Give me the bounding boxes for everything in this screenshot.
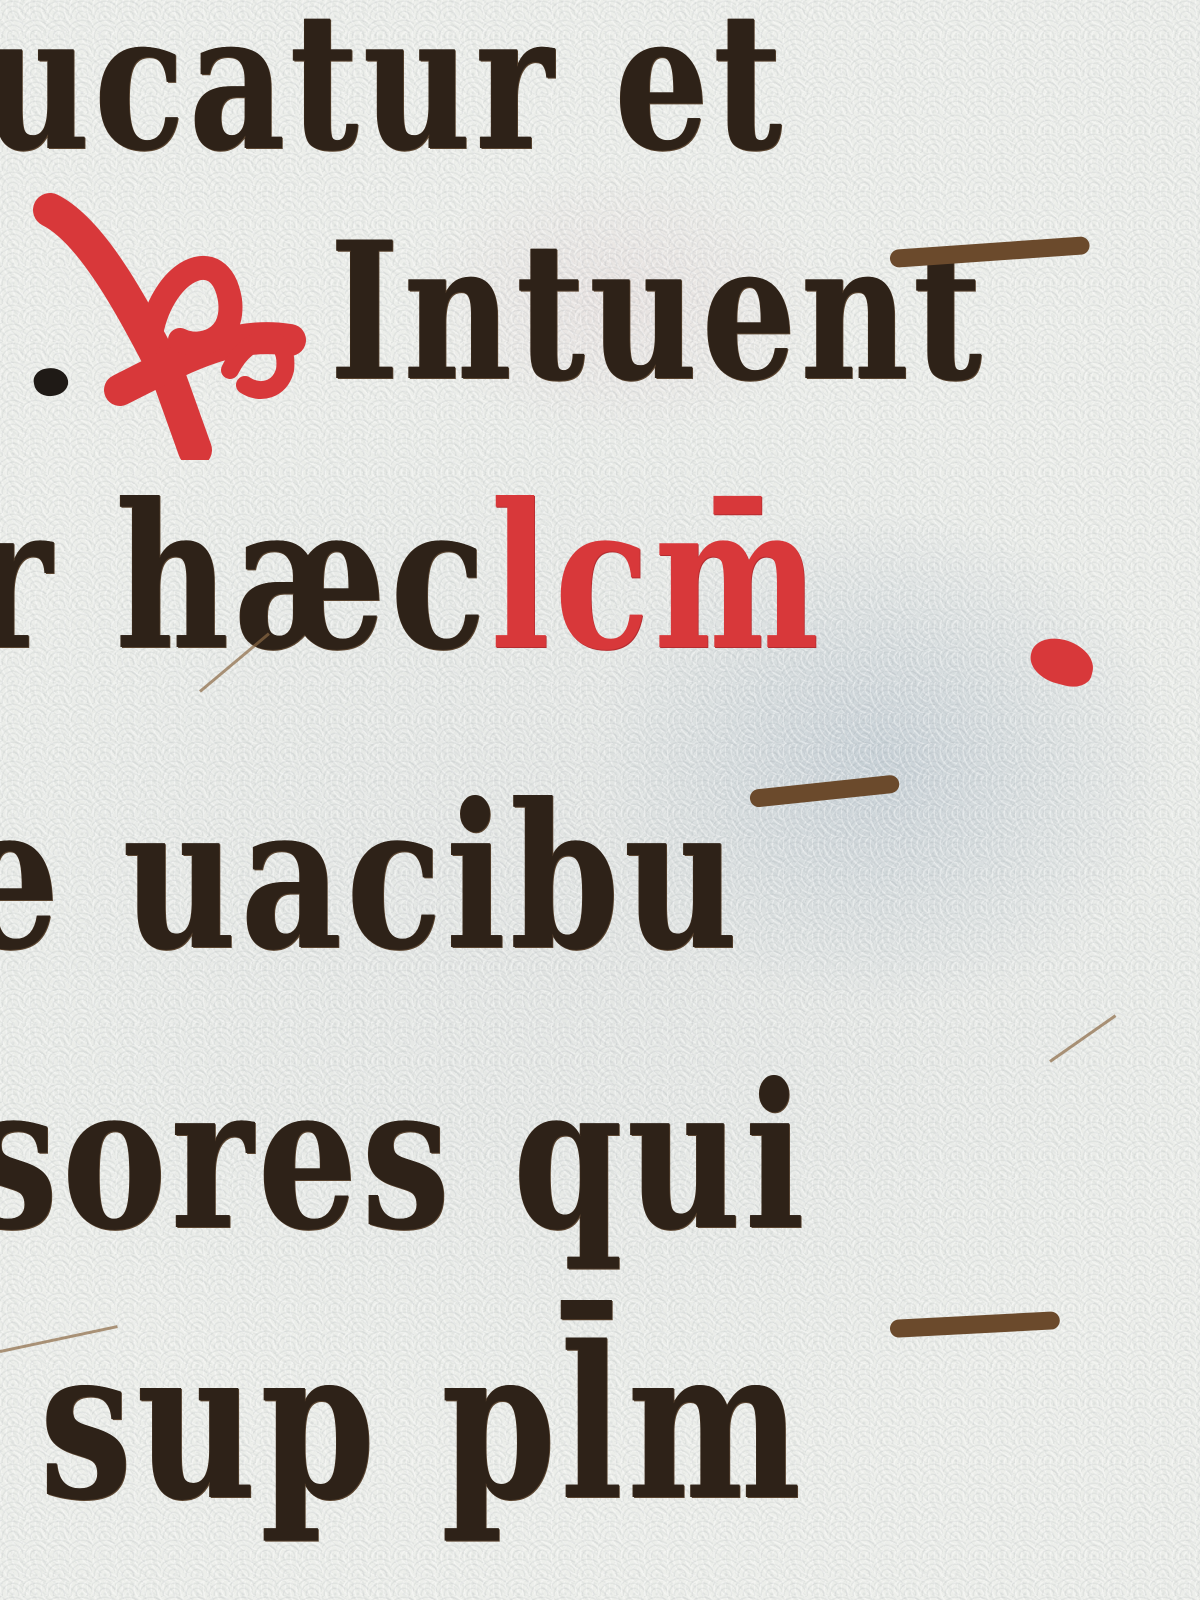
abbreviation-mark	[749, 774, 900, 808]
text-line-4: e uacibu	[0, 760, 742, 995]
text-line-3: r hæclcm̄	[0, 460, 824, 695]
text-line-3-words: r hæc	[0, 460, 490, 695]
rubric-lectio: lcm̄	[490, 460, 823, 695]
abbreviation-mark	[890, 1311, 1061, 1338]
text-line-6: sup pl̄m	[40, 1300, 806, 1547]
response-sign-icon	[30, 190, 320, 460]
text-line-1: ucatur et	[0, 0, 787, 193]
rubric-period	[1025, 632, 1098, 691]
text-line-2: Intuent	[330, 200, 987, 423]
ink-hairline	[1049, 1014, 1116, 1062]
text-line-5: sores qui	[0, 1040, 809, 1275]
manuscript-leaf: ucatur et Intuent r hæclcm̄ e uacibu sor…	[0, 0, 1200, 1600]
